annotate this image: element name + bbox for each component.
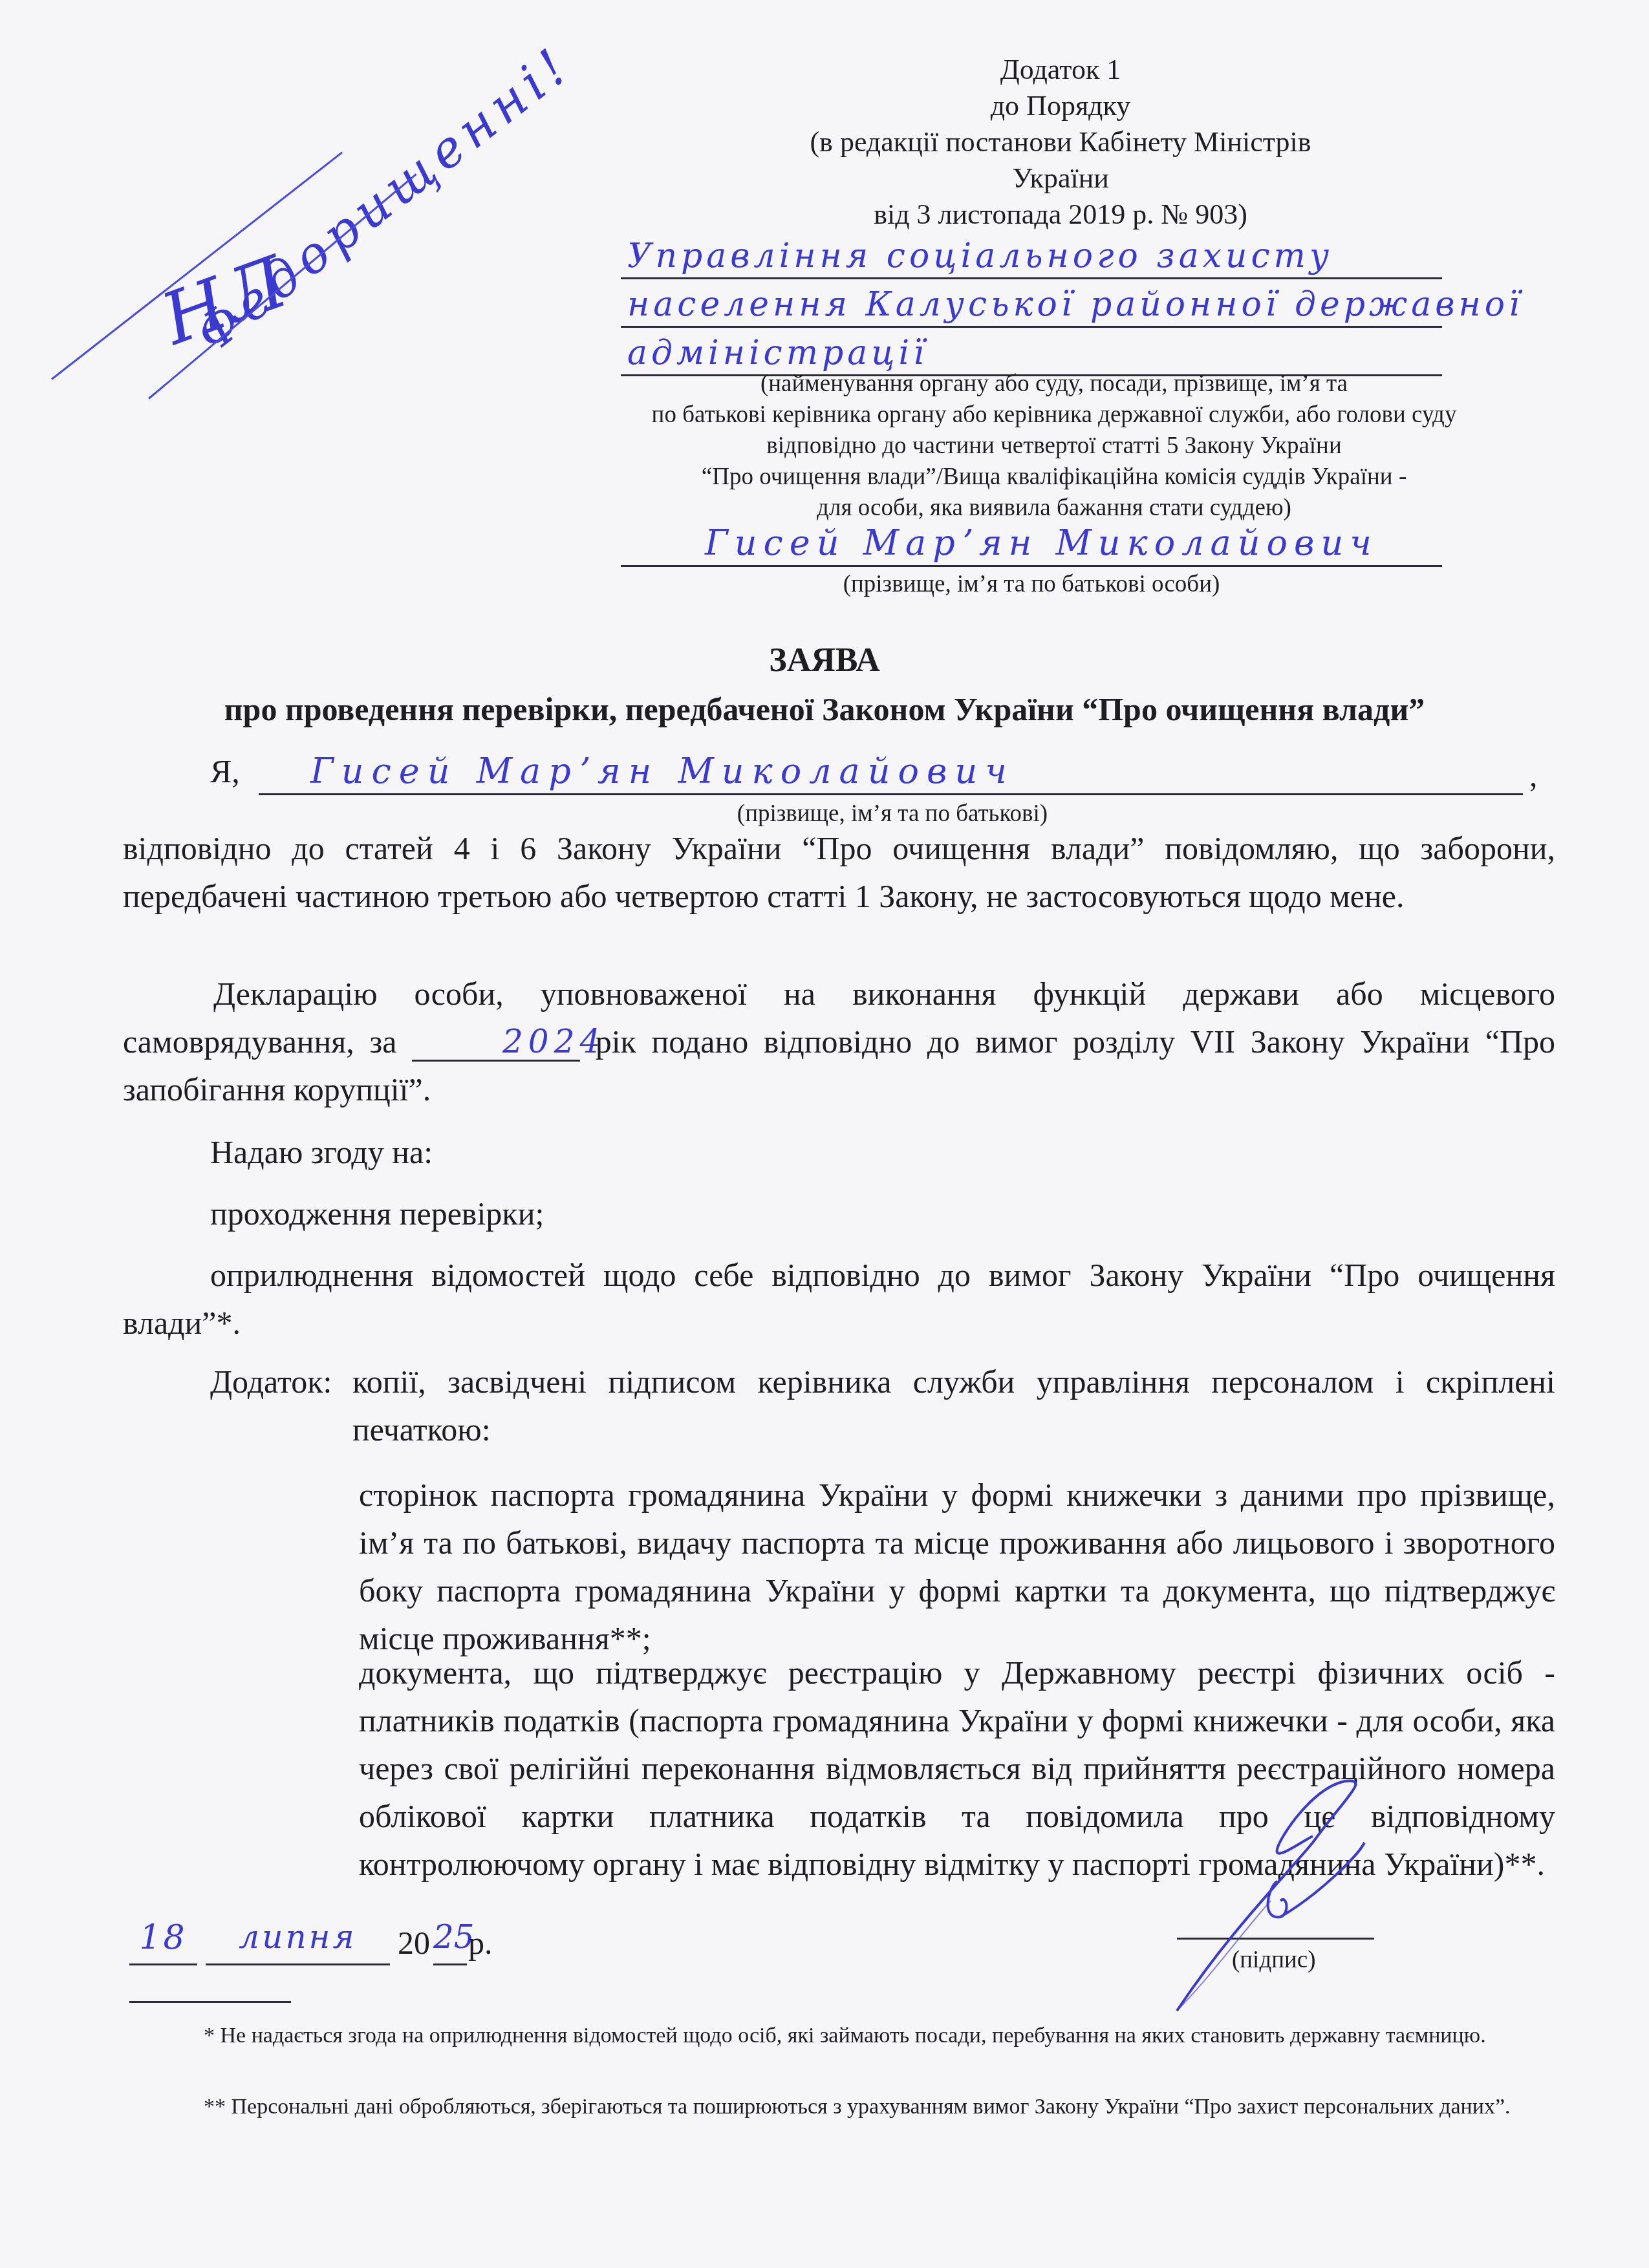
caption-line: (найменування органу або суду, посади, п… — [530, 369, 1578, 400]
statement-prefix: Я, — [210, 753, 240, 790]
date-month-field[interactable]: липня — [206, 1918, 390, 1965]
statement-handwriting: Гисей Марʼян Миколайович — [310, 751, 1015, 791]
resolution-note: Федорищенні! — [45, 0, 419, 242]
attachment-item: сторінок паспорта громадянина України у … — [359, 1471, 1555, 1662]
addressee-caption: (найменування органу або суду, посади, п… — [530, 369, 1578, 524]
date-day-field[interactable]: 18 — [129, 1918, 197, 1965]
applicant-name-field[interactable]: Гисей Марʼян Миколайович — [621, 520, 1442, 567]
attachments-label: Додаток: — [210, 1358, 332, 1406]
caption-line: для особи, яка виявила бажання стати суд… — [530, 493, 1578, 524]
footnote-separator — [129, 2001, 291, 2003]
document-subtitle: про проведення перевірки, передбаченої З… — [97, 689, 1552, 730]
appendix-header: Додаток 1 до Порядку (в редакції постано… — [776, 52, 1345, 233]
addressee-handwriting: Управління соціального захисту — [627, 237, 1333, 275]
applicant-handwriting: Гисей Марʼян Миколайович — [705, 522, 1378, 563]
statement-name-line: Я, Гисей Марʼян Миколайович , — [210, 744, 1568, 795]
addressee-handwriting: адміністрації — [627, 334, 928, 372]
attachments-intro: копії, засвідчені підписом керівника слу… — [352, 1358, 1555, 1453]
caption-line: відповідно до частини четвертої статті 5… — [530, 431, 1578, 462]
document-title: ЗАЯВА — [97, 640, 1552, 681]
header-line: до Порядку — [776, 88, 1345, 124]
addressee-field-2[interactable]: населення Калуської районної державної — [621, 281, 1442, 328]
consent-item: проходження перевірки; — [210, 1190, 544, 1237]
date-year-unit: р. — [468, 1924, 493, 1962]
applicant-caption: (прізвище, ім’я та по батькові особи) — [621, 569, 1442, 600]
caption-line: по батькові керівника органу або керівни… — [530, 400, 1578, 431]
date-year-field[interactable]: 25 — [433, 1918, 467, 1965]
caption-line: “Про очищення влади”/Вища кваліфікаційна… — [530, 462, 1578, 493]
footnote: ** Персональні дані обробляються, зберіг… — [129, 2091, 1555, 2123]
statement-suffix: , — [1529, 756, 1538, 794]
paragraph-declaration: Декларацію особи, уповноваженої на викон… — [123, 970, 1555, 1113]
declaration-year: 2024 — [502, 1023, 605, 1060]
addressee-field-1[interactable]: Управління соціального захисту — [621, 233, 1442, 279]
consent-intro: Надаю згоду на: — [210, 1128, 433, 1176]
declaration-year-field[interactable]: 2024 — [412, 1023, 580, 1062]
paragraph-restrictions: відповідно до статей 4 і 6 Закону Україн… — [123, 824, 1555, 920]
header-line: Додаток 1 — [776, 52, 1345, 88]
header-line: (в редакції постанови Кабінету Міністрів… — [776, 124, 1345, 197]
addressee-handwriting: населення Калуської районної державної — [627, 285, 1524, 324]
signature-scribble-icon — [1151, 1771, 1384, 2017]
resolution-initials: НЛ — [151, 239, 301, 361]
date-year-prefix: 20 — [398, 1924, 430, 1962]
signature-caption: (підпис) — [1232, 1945, 1316, 1976]
statement-name-field[interactable]: Гисей Марʼян Миколайович — [259, 746, 1523, 795]
date-day: 18 — [139, 1918, 187, 1957]
consent-item: оприлюднення відомостей щодо себе відпов… — [123, 1251, 1555, 1347]
date-month: липня — [239, 1918, 356, 1956]
footnote: * Не надається згода на оприлюднення від… — [129, 2020, 1555, 2051]
header-line: від 3 листопада 2019 р. № 903) — [776, 197, 1345, 233]
date-line: 18 липня 20 25 р. — [129, 1914, 647, 1965]
